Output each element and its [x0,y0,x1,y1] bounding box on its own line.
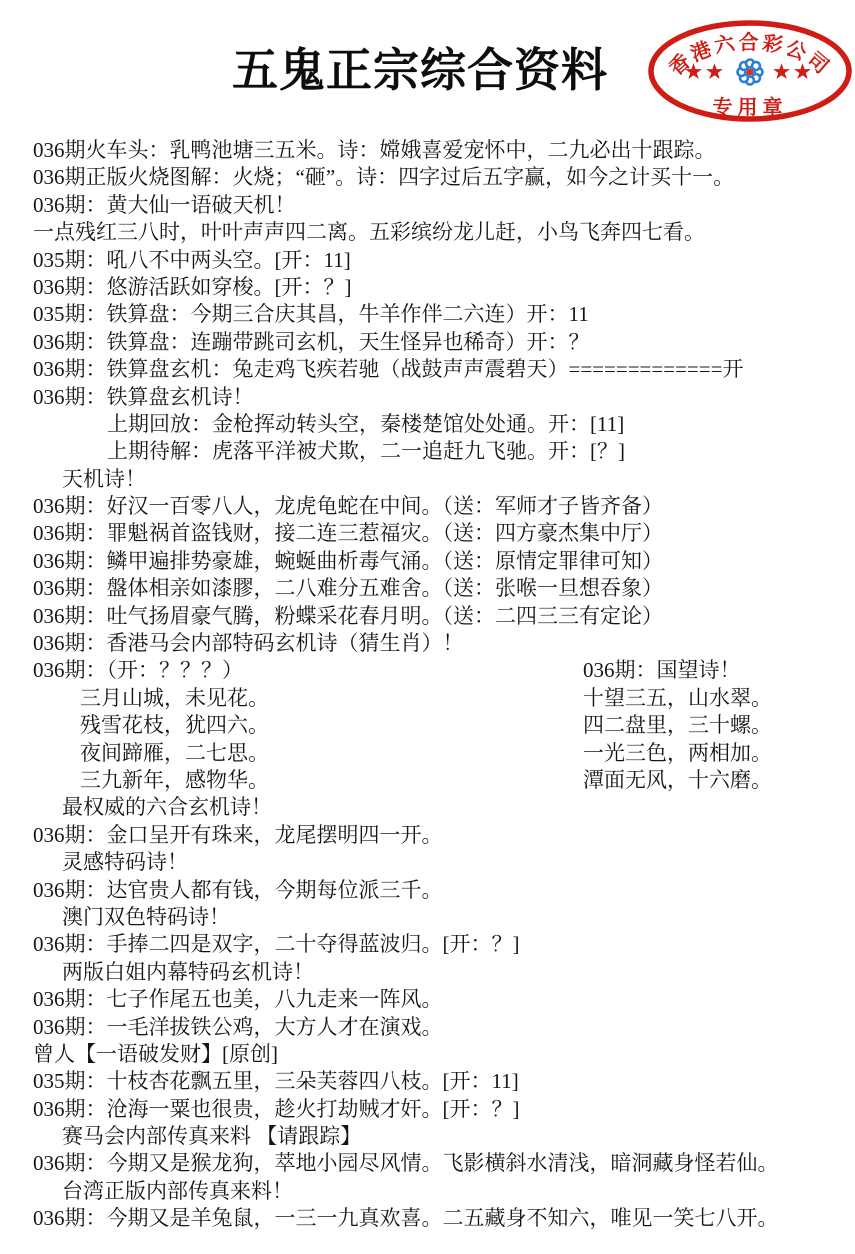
flower-center-dot [747,69,754,76]
right-column-text: 四二盘里，三十螺。 [583,712,772,739]
text-line: 036期：今期又是猴龙狗，萃地小园尽风情。飞影横斜水清浅，暗洞藏身怪若仙。 [0,1150,855,1177]
line-text: 曾人【一语破发财】[原创] [33,1042,278,1066]
line-text: 赛马会内部传真来料 【请跟踪】 [62,1124,361,1148]
text-line: 天机诗！ [0,466,855,493]
line-text: 两版白姐内幕特码玄机诗！ [62,960,314,984]
text-line: 夜间蹄雁，二七思。一光三色，两相加。 [0,740,855,767]
text-line: 035期：十枝杏花飘五里，三朵芙蓉四八枝。[开：11] [0,1068,855,1095]
line-text: 036期：达官贵人都有钱，今期每位派三千。 [33,878,443,902]
line-text: 三九新年，感物华。 [80,768,269,792]
text-line: 最权威的六合玄机诗！ [0,794,855,821]
line-text: 天机诗！ [62,467,146,491]
line-text: 036期：鳞甲遍排势豪雄，蜿蜒曲析毒气涌。（送：原情定罪律可知） [33,549,663,573]
text-line: 036期火车头：乳鸭池塘三五米。诗：嫦娥喜爱宠怀中，二九必出十跟踪。 [0,137,855,164]
text-line: 036期：铁算盘玄机：兔走鸡飞疾若驰（战鼓声声震碧天）=============… [0,356,855,383]
line-text: 上期待解：虎落平洋被犬欺，二一追赶九飞驰。开：[？] [107,439,625,463]
line-text: 035期：十枝杏花飘五里，三朵芙蓉四八枝。[开：11] [33,1069,519,1093]
line-text: 036期：金口呈开有珠来，龙尾摆明四一开。 [33,823,443,847]
text-line: 036期：沧海一粟也很贵，趁火打劫贼才奸。[开：？] [0,1096,855,1123]
text-line: 036期：鳞甲遍排势豪雄，蜿蜒曲析毒气涌。（送：原情定罪律可知） [0,548,855,575]
text-line: 036期：香港马会内部特码玄机诗（猜生肖）！ [0,630,855,657]
text-line: 台湾正版内部传真来料！ [0,1178,855,1205]
line-text: 036期：黄大仙一语破天机！ [33,193,296,217]
text-line: 036期正版火烧图解：火烧；“砸”。诗：四字过后五字赢，如今之计买十一。 [0,164,855,191]
line-text: 夜间蹄雁，二七思。 [80,741,269,765]
line-text: 036期：铁算盘玄机诗！ [33,385,254,409]
line-text: 台湾正版内部传真来料！ [62,1179,293,1203]
text-line: 036期：达官贵人都有钱，今期每位派三千。 [0,877,855,904]
line-text: 036期：一毛洋拔铁公鸡，大方人才在演戏。 [33,1015,443,1039]
text-line: 三九新年，感物华。潭面无风，十六磨。 [0,767,855,794]
text-line: 灵感特码诗！ [0,849,855,876]
stamp-bottom-text: 专用章 [713,95,788,119]
right-column-text: 十望三五，山水翠。 [583,685,772,712]
line-text: 最权威的六合玄机诗！ [62,795,272,819]
text-line: 036期：一毛洋拔铁公鸡，大方人才在演戏。 [0,1014,855,1041]
text-line: 赛马会内部传真来料 【请跟踪】 [0,1123,855,1150]
text-line: 036期：好汉一百零八人，龙虎龟蛇在中间。（送：军师才子皆齐备） [0,493,855,520]
line-text: 一点残红三八时，叶叶声声四二离。五彩缤纷龙儿赶，小鸟飞奔四七看。 [33,220,705,244]
line-text: 澳门双色特码诗！ [62,905,230,929]
bauhinia-flower-icon [738,60,763,85]
text-line: 036期：金口呈开有珠来，龙尾摆明四一开。 [0,822,855,849]
text-line: 一点残红三八时，叶叶声声四二离。五彩缤纷龙儿赶，小鸟飞奔四七看。 [0,219,855,246]
line-text: 036期：今期又是羊兔鼠，一三一九真欢喜。二五藏身不知六，唯见一笑七八开。 [33,1206,779,1230]
line-text: 036期：盤体相亲如漆膠，二八难分五难舍。（送：张喉一旦想吞象） [33,576,663,600]
document-body: 036期火车头：乳鸭池塘三五米。诗：嫦娥喜爱宠怀中，二九必出十跟踪。036期正版… [0,137,855,1233]
line-text: 036期：罪魁祸首盗钱财，接二连三惹福灾。（送：四方豪杰集中厅） [33,521,663,545]
text-line: 036期：铁算盘：连蹦带跳司玄机，天生怪异也稀奇）开：？ [0,329,855,356]
text-line: 036期：悠游活跃如穿梭。[开：？] [0,274,855,301]
text-line: 036期：盤体相亲如漆膠，二八难分五难舍。（送：张喉一旦想吞象） [0,575,855,602]
line-text: 上期回放：金枪挥动转头空，秦楼楚馆处处通。开：[11] [107,412,624,436]
text-line: 残雪花枝，犹四六。四二盘里，三十螺。 [0,712,855,739]
line-text: 035期：铁算盘：今期三合庆其昌，牛羊作伴二六连）开：11 [33,302,589,326]
stamp-stars-left-icon: ★★ [685,62,727,83]
text-line: 曾人【一语破发财】[原创] [0,1041,855,1068]
line-text: 036期：七子作尾五也美，八九走来一阵风。 [33,987,443,1011]
line-text: 036期：手捧二四是双字，二十夺得蓝波归。[开：？] [33,932,520,956]
line-text: 035期：吼八不中两头空。[开：11] [33,248,351,272]
line-text: 036期正版火烧图解：火烧；“砸”。诗：四字过后五字赢，如今之计买十一。 [33,165,734,189]
company-stamp: 香港六合彩公司 ★★ ★★ 专用章 [644,16,855,128]
text-line: 上期回放：金枪挥动转头空，秦楼楚馆处处通。开：[11] [0,411,855,438]
text-line: 036期：黄大仙一语破天机！ [0,192,855,219]
text-line: 036期：七子作尾五也美，八九走来一阵风。 [0,986,855,1013]
stamp-stars-right-icon: ★★ [773,62,815,83]
text-line: 036期：吐气扬眉豪气腾，粉蝶采花春月明。（送：二四三三有定论） [0,603,855,630]
line-text: 036期：吐气扬眉豪气腾，粉蝶采花春月明。（送：二四三三有定论） [33,604,663,628]
line-text: 036期：悠游活跃如穿梭。[开：？] [33,275,352,299]
text-line: 036期：铁算盘玄机诗！ [0,384,855,411]
text-line: 澳门双色特码诗！ [0,904,855,931]
line-text: 三月山城，未见花。 [80,686,269,710]
text-line: 036期：今期又是羊兔鼠，一三一九真欢喜。二五藏身不知六，唯见一笑七八开。 [0,1205,855,1232]
line-text: 灵感特码诗！ [62,850,188,874]
right-column-text: 潭面无风，十六磨。 [583,767,772,794]
text-line: 035期：铁算盘：今期三合庆其昌，牛羊作伴二六连）开：11 [0,301,855,328]
line-text: 036期：今期又是猴龙狗，萃地小园尽风情。飞影横斜水清浅，暗洞藏身怪若仙。 [33,1151,779,1175]
line-text: 036期：铁算盘玄机：兔走鸡飞疾若驰（战鼓声声震碧天）=============… [33,357,743,381]
text-line: 两版白姐内幕特码玄机诗！ [0,959,855,986]
line-text: 残雪花枝，犹四六。 [80,713,269,737]
page-title: 五鬼正宗综合资料 [232,34,608,100]
line-text: 036期：铁算盘：连蹦带跳司玄机，天生怪异也稀奇）开：？ [33,330,590,354]
text-line: 036期：（开：？？？）036期：国望诗！ [0,657,855,684]
document-page: 五鬼正宗综合资料 香港六合彩公司 ★★ ★★ 专用章 036期火车头：乳鸭池塘三… [0,0,855,1254]
line-text: 036期：香港马会内部特码玄机诗（猜生肖）！ [33,631,464,655]
text-line: 036期：罪魁祸首盗钱财，接二连三惹福灾。（送：四方豪杰集中厅） [0,520,855,547]
text-line: 036期：手捧二四是双字，二十夺得蓝波归。[开：？] [0,931,855,958]
text-line: 上期待解：虎落平洋被犬欺，二一追赶九飞驰。开：[？] [0,438,855,465]
line-text: 036期：好汉一百零八人，龙虎龟蛇在中间。（送：军师才子皆齐备） [33,494,663,518]
line-text: 036期火车头：乳鸭池塘三五米。诗：嫦娥喜爱宠怀中，二九必出十跟踪。 [33,138,716,162]
right-column-text: 一光三色，两相加。 [583,740,772,767]
text-line: 三月山城，未见花。十望三五，山水翠。 [0,685,855,712]
line-text: 036期：（开：？？？） [33,658,243,682]
line-text: 036期：沧海一粟也很贵，趁火打劫贼才奸。[开：？] [33,1097,520,1121]
right-column-text: 036期：国望诗！ [583,657,741,684]
text-line: 035期：吼八不中两头空。[开：11] [0,247,855,274]
